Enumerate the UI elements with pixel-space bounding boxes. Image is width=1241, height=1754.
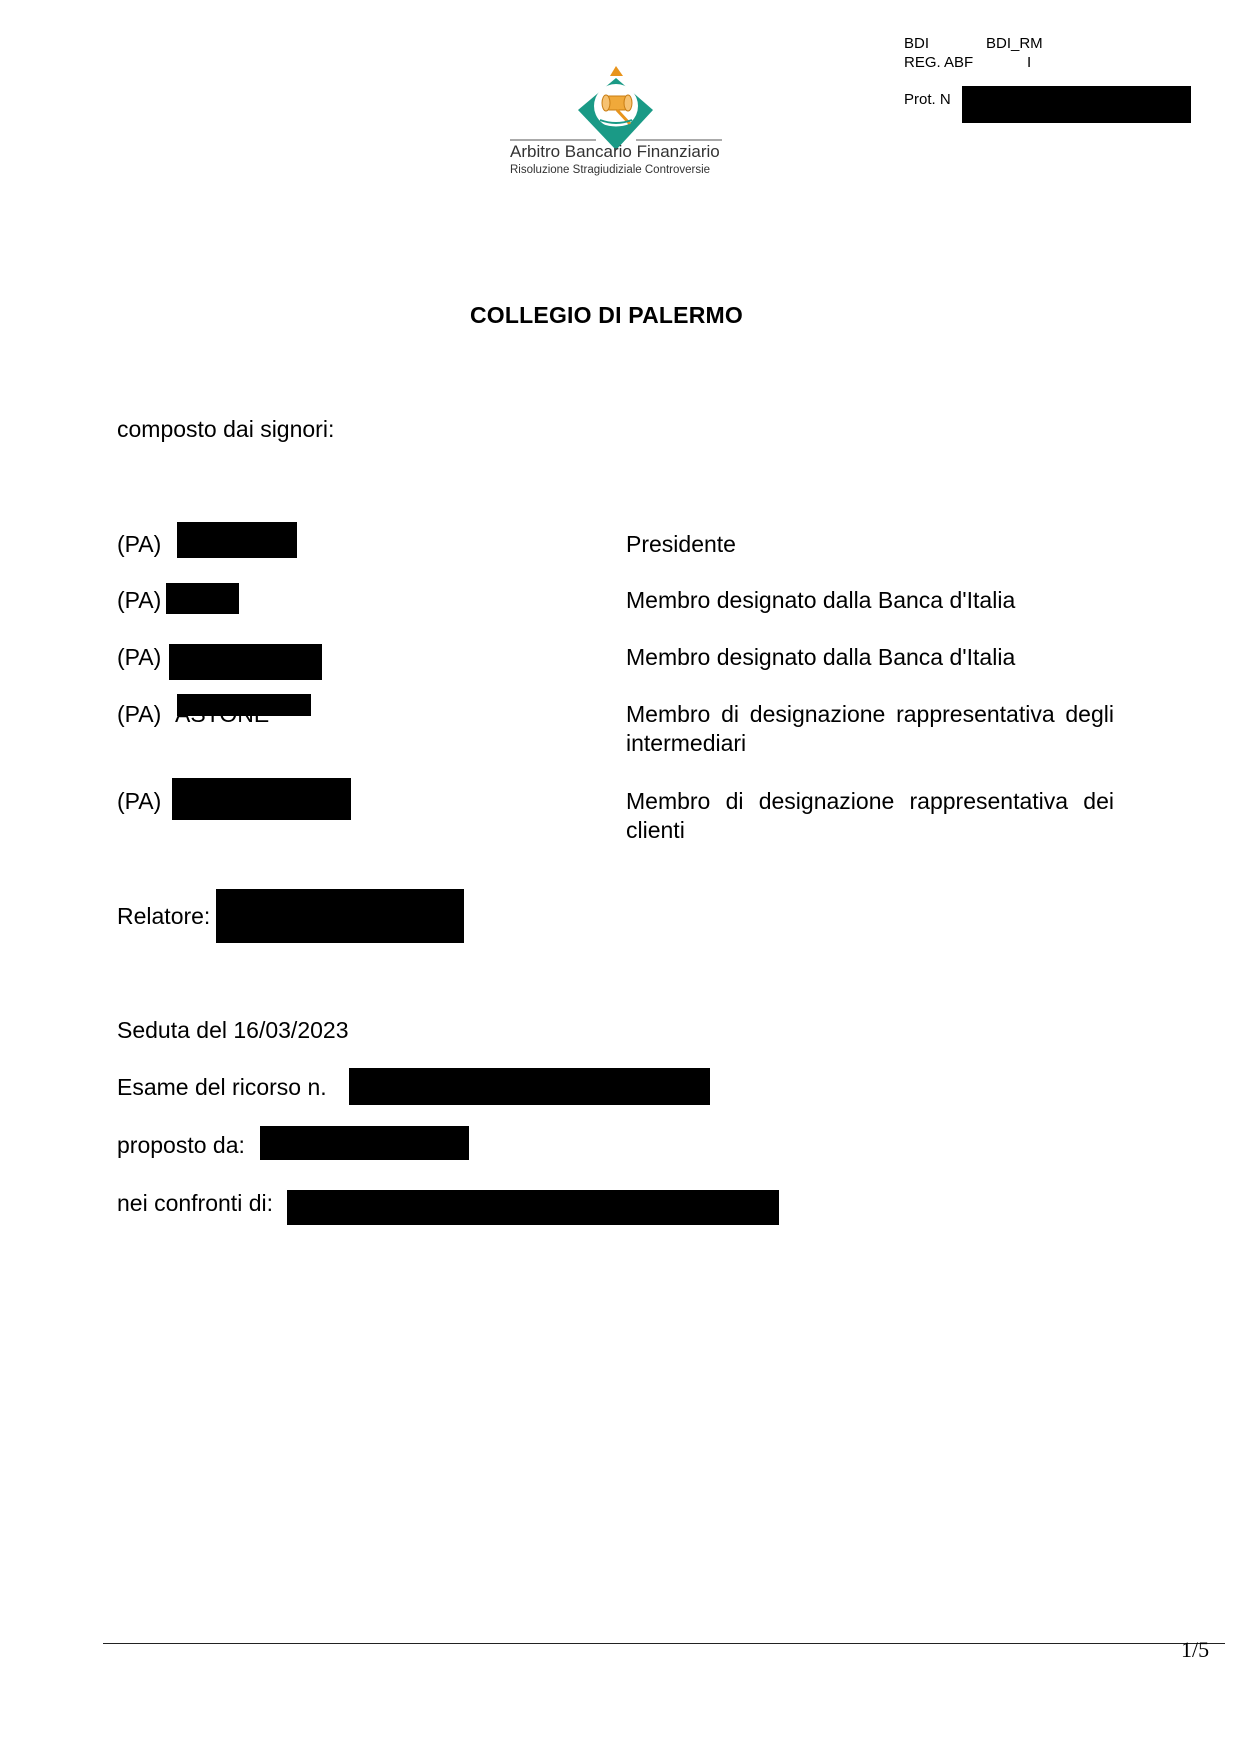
redaction-member-name xyxy=(172,778,351,820)
member-prefix: (PA) xyxy=(117,700,161,728)
meta-bdi-label: BDI xyxy=(904,35,929,53)
member-role: Membro designato dalla Banca d'Italia xyxy=(626,586,1114,615)
meta-reg-value: I xyxy=(1027,54,1031,72)
logo-tagline: Risoluzione Stragiudiziale Controversie xyxy=(510,164,710,176)
meta-prot-label: Prot. N xyxy=(904,91,951,109)
meta-reg-label: REG. ABF xyxy=(904,54,973,72)
redaction-member-name xyxy=(166,583,239,614)
redaction-proposto xyxy=(260,1126,469,1160)
abf-logo: Arbitro Bancario Finanziario Risoluzione… xyxy=(510,62,732,182)
confronti-label: nei confronti di: xyxy=(117,1189,273,1217)
gavel-logo-icon xyxy=(510,62,732,154)
member-prefix: (PA) xyxy=(117,530,161,558)
ricorso-label: Esame del ricorso n. xyxy=(117,1073,327,1101)
redaction-ricorso-number xyxy=(349,1068,710,1105)
redaction-confronti xyxy=(287,1190,779,1225)
meta-bdi-value: BDI_RM xyxy=(986,35,1043,53)
footer-divider xyxy=(103,1643,1225,1644)
member-role: Membro di designazione rappresentativa d… xyxy=(626,787,1114,845)
logo-name: Arbitro Bancario Finanziario xyxy=(510,142,720,162)
seduta-date: Seduta del 16/03/2023 xyxy=(117,1016,348,1044)
composed-label: composto dai signori: xyxy=(117,415,334,443)
redaction-member-name xyxy=(169,644,322,680)
member-role: Membro di designazione rappresentativa d… xyxy=(626,700,1114,758)
member-prefix: (PA) xyxy=(117,787,161,815)
page-title: COLLEGIO DI PALERMO xyxy=(470,302,743,329)
redaction-prot-number xyxy=(962,86,1191,123)
proposto-label: proposto da: xyxy=(117,1131,245,1159)
redaction-member-name xyxy=(177,694,311,716)
member-prefix: (PA) xyxy=(117,586,161,614)
page-number: 1/5 xyxy=(1181,1637,1209,1663)
member-role: Presidente xyxy=(626,530,1114,559)
relatore-label: Relatore: xyxy=(117,902,210,930)
redaction-member-name xyxy=(177,522,297,558)
redaction-relatore xyxy=(216,889,464,943)
member-role: Membro designato dalla Banca d'Italia xyxy=(626,643,1114,672)
member-prefix: (PA) xyxy=(117,643,161,671)
